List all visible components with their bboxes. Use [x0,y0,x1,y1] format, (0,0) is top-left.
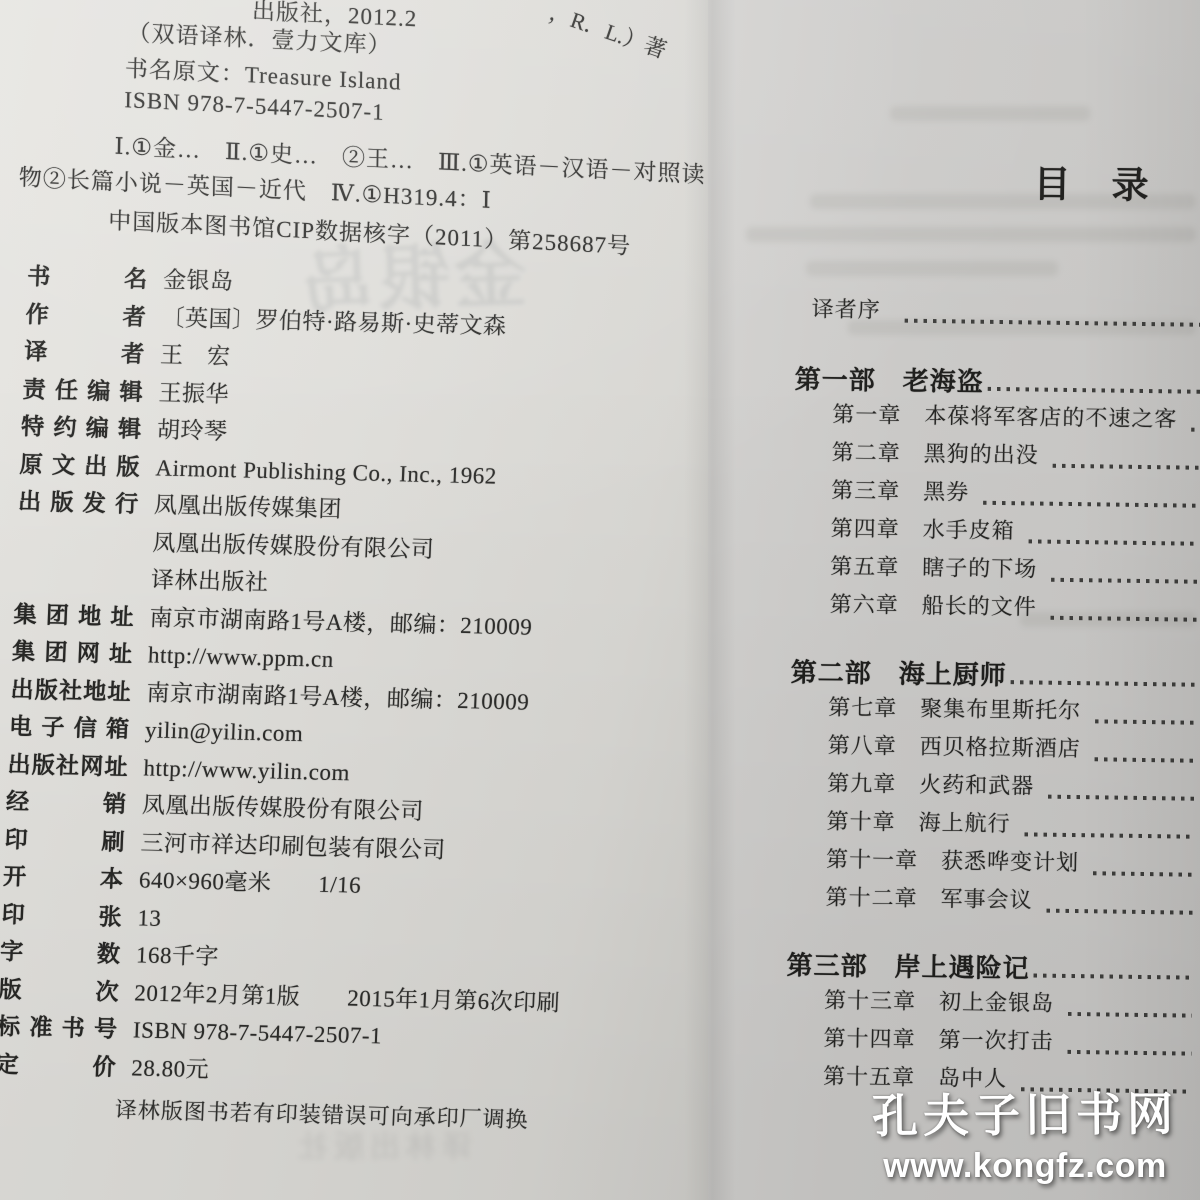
toc-entry-text: 第十四章 第一次打击 [823,1022,1053,1056]
dotted-leader [1095,757,1196,762]
info-row-label: 集团地址 [13,596,134,632]
toc-entry: 第二部 海上厨师 [778,652,1197,696]
toc-entry-text: 第三部 岸上遇险记 [786,945,1030,985]
info-row-label [15,584,135,587]
info-row-value: 凤凰出版传媒股份有限公司 [141,786,424,826]
info-row-label: 作者 [25,296,146,332]
cip-record-number-line: 中国版本图书馆CIP数据核字（2011）第258687号 [108,202,632,261]
info-row-label: 版次 [0,971,119,1007]
info-row-value: 胡玲琴 [157,411,229,446]
info-row-value: 168千字 [135,936,219,971]
info-row-label: 出版发行 [18,483,139,519]
info-row-value: 金银岛 [163,261,235,296]
toc-entry: 第十二章 军事会议 [775,880,1194,924]
dotted-leader [1034,973,1193,979]
toc-entry: 第八章 西贝格拉斯酒店 [777,728,1196,772]
toc-entry: 第一章 本葆将军客店的不速之客 [782,397,1200,441]
toc-entry-text: 第十一章 获悉哗变计划 [826,843,1079,878]
toc-entry: 第六章 船长的文件 [779,587,1198,631]
info-row-label: 书名 [27,258,148,294]
dotted-leader [1029,539,1199,545]
dotted-leader [1095,719,1196,724]
info-row-label: 责任编辑 [22,371,143,407]
toc-entry-text: 第十五章 岛中人 [823,1060,1007,1094]
toc-entry-text: 第九章 火药和武器 [827,767,1034,801]
info-row-value: 640×960毫米 1/16 [138,861,361,899]
info-row-label: 出版社地址 [10,671,131,707]
toc-entry: 第二章 黑狗的出没 [781,435,1200,479]
info-row-label: 印刷 [4,821,125,857]
dotted-leader [1093,871,1194,876]
toc-entry-text: 第十章 海上航行 [826,805,1010,839]
toc-entry-text: 第三章 黑券 [831,474,969,507]
info-table: 书名 金银岛 作者 〔英国〕罗伯特·路易斯·史蒂文森 译者 王 宏 责任编辑 王… [0,258,691,1099]
dotted-leader [1067,1050,1191,1056]
dotted-leader [1024,832,1194,838]
info-row-value: 王 宏 [160,336,232,371]
info-row-label: 经销 [6,783,127,819]
book-photo: 金银岛 译林出版社 出版社，2012.2 （双语译林．壹力文库） 书名原文：Tr… [0,0,1200,1200]
info-row-label: 集团网址 [12,633,133,669]
toc-entry: 第十一章 获悉哗变计划 [776,842,1195,886]
toc-entry-text: 第十二章 军事会议 [825,881,1032,915]
cip-header-block: 出版社，2012.2 （双语译林．壹力文库） 书名原文：Treasure Isl… [0,0,690,284]
dotted-leader [1053,464,1200,470]
toc-entry-text: 译者序 [812,292,881,324]
dotted-leader [1051,616,1198,622]
toc-entry: 第四章 水手皮箱 [780,511,1199,555]
toc-entry: 第十章 海上航行 [776,804,1195,848]
info-row-label: 印张 [1,896,122,932]
toc-entry-text: 第五章 瞎子的下场 [830,550,1037,584]
dotted-leader [1051,578,1198,584]
toc-entry: 第五章 瞎子的下场 [780,549,1199,593]
info-row-value: 13 [137,905,162,932]
info-row-label: 出版社网址 [7,746,128,782]
dotted-leader [988,387,1200,394]
info-row-value: 三河市祥达印刷包装有限公司 [140,824,447,864]
info-row-value: Airmont Publishing Co., Inc., 1962 [155,455,497,489]
toc-entry-text: 第十三章 初上金银岛 [824,984,1054,1018]
info-row-value: ISBN 978-7-5447-2507-1 [132,1017,382,1049]
info-row-label: 开本 [3,858,124,894]
bleed-through-line [890,106,1090,121]
toc-entry: 第七章 聚集布里斯托尔 [778,690,1197,734]
info-row-value: http://www.ppm.cn [148,642,335,673]
info-row-value: 凤凰出版传媒集团 [154,486,343,524]
info-row-label: 原文出版 [19,446,140,482]
toc-entry: 第九章 火药和武器 [777,766,1196,810]
info-row-label: 定价 [0,1046,116,1082]
dotted-leader [1068,1012,1192,1018]
toc-entry: 第十五章 岛中人 [773,1059,1192,1103]
toc-title: 目 录 [1033,153,1200,209]
toc-entry-text: 第一部 老海盗 [795,359,985,399]
info-row-label: 译者 [24,333,145,369]
toc-entry: 第十三章 初上金银岛 [774,983,1193,1027]
toc-entry: 第三部 岸上遇险记 [774,945,1193,989]
dotted-leader [1191,428,1200,432]
toc-entry: 第十四章 第一次打击 [773,1021,1192,1065]
toc-entry-text: 第二部 海上厨师 [790,652,1007,692]
info-row-value: 〔英国〕罗伯特·路易斯·史蒂文森 [161,299,507,340]
dotted-leader [1046,909,1193,915]
toc-block: 目 录 译者序 第一部 老海盗 第一章 本葆将军客店的不速之客 第二章 黑狗的出… [773,150,1200,1103]
info-row-value: yilin@yilin.com [145,717,304,747]
toc-entry: 第三章 黑券 [781,473,1200,517]
info-row-value: 28.80元 [131,1049,210,1084]
toc-entry-text: 第八章 西贝格拉斯酒店 [827,729,1080,764]
info-row-label: 电子信箱 [9,708,130,744]
toc-entry: 第一部 老海盗 [783,359,1200,403]
dotted-leader [905,319,1200,327]
info-row-value: http://www.yilin.com [143,755,350,786]
dotted-leader [983,501,1199,508]
info-row-value: 译林出版社 [150,561,269,597]
info-row-value: 王振华 [158,374,230,409]
info-row-label: 特约编辑 [21,408,142,444]
info-row-label [16,547,136,550]
toc-entry: 译者序 [783,292,1200,336]
toc-entry-text: 第七章 聚集布里斯托尔 [828,691,1081,726]
copyright-page: 金银岛 译林出版社 出版社，2012.2 （双语译林．壹力文库） 书名原文：Tr… [0,0,708,1200]
toc-entry-text: 第一章 本葆将军客店的不速之客 [832,398,1177,434]
info-row-label: 标准书号 [0,1008,118,1044]
dotted-leader [1011,680,1197,687]
info-row-label: 字数 [0,933,121,969]
info-row-value: 凤凰出版传媒股份有限公司 [152,524,435,564]
toc-entry-text: 第六章 船长的文件 [829,588,1036,622]
dotted-leader [1021,1087,1191,1093]
toc-entry-text: 第四章 水手皮箱 [831,512,1015,546]
dotted-leader [1048,795,1195,801]
toc-list: 译者序 第一部 老海盗 第一章 本葆将军客店的不速之客 第二章 黑狗的出没 第三… [773,292,1200,1103]
toc-entry-text: 第二章 黑狗的出没 [832,436,1039,470]
